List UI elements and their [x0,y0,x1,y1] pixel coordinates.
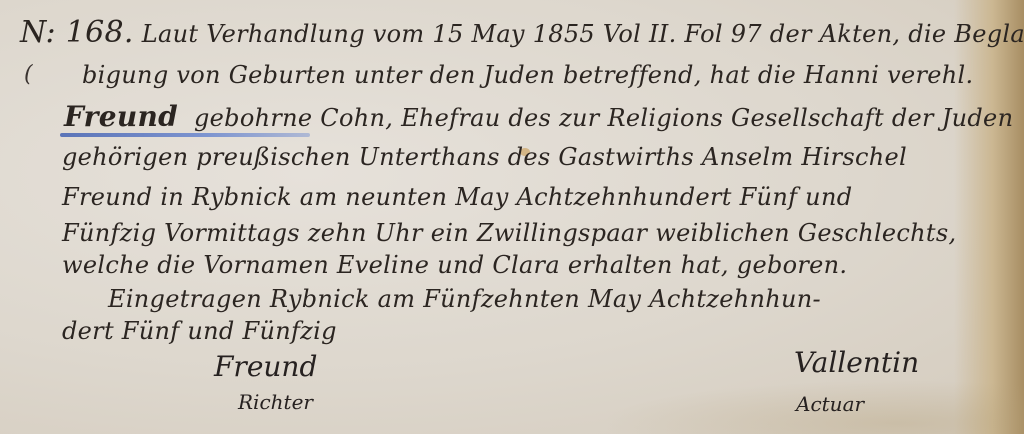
signature-left-role: Richter [238,390,313,414]
line-text: bigung von Geburten unter den Juden betr… [82,60,973,90]
line-text: Fünfzig Vormittags zehn Uhr ein Zwilling… [62,218,956,248]
text-line-3: Freund gebohrne Cohn, Ehefrau des zur Re… [64,102,1013,133]
signature-left-name: Freund [214,350,317,383]
text-line-8: Eingetragen Rybnick am Fünfzehnten May A… [108,284,821,314]
highlighted-surname: Freund [64,102,178,132]
line-text: gebohrne Cohn, Ehefrau des zur Religions… [194,103,1013,133]
text-line-9: dert Fünf und Fünfzig [62,316,337,346]
text-line-7: welche die Vornamen Eveline und Clara er… [62,250,847,280]
text-line-4: gehörigen preußischen Unterthans des Gas… [62,142,907,172]
line-text: dert Fünf und Fünfzig [62,316,337,346]
line-text: Laut Verhandlung vom 15 May 1855 Vol II.… [142,19,1024,49]
text-line-5: Freund in Rybnick am neunten May Achtzeh… [62,182,852,212]
signature-right-name: Vallentin [794,346,919,379]
signature-right-role: Actuar [796,392,864,416]
line-text: Freund in Rybnick am neunten May Achtzeh… [62,182,852,212]
line-text: gehörigen preußischen Unterthans des Gas… [62,142,907,172]
entry-number: N: 168. [20,18,134,48]
text-line-2: bigung von Geburten unter den Juden betr… [82,60,973,90]
blue-pencil-underline [60,133,310,137]
text-line-1: N: 168.Laut Verhandlung vom 15 May 1855 … [20,18,1024,49]
line-text: Eingetragen Rybnick am Fünfzehnten May A… [108,284,821,314]
line-text: welche die Vornamen Eveline und Clara er… [62,250,847,280]
text-line-6: Fünfzig Vormittags zehn Uhr ein Zwilling… [62,218,956,248]
margin-mark: ( [24,62,33,87]
